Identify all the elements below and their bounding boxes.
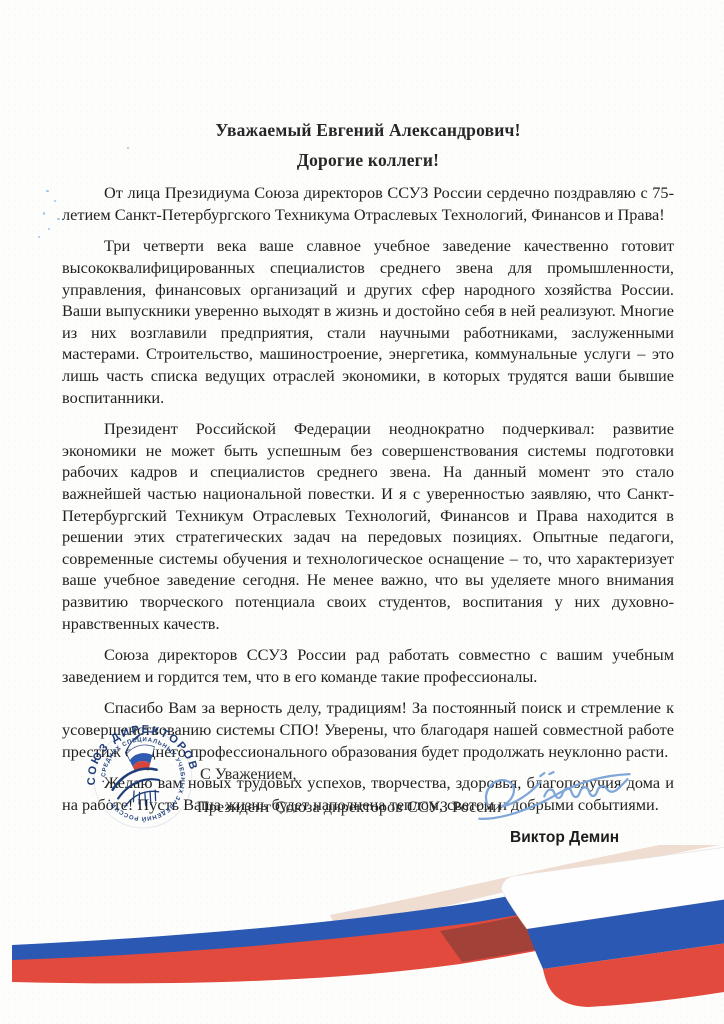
paragraph-president: Президент Российской Федерации неоднокра… [62,418,674,634]
closing-regards: С Уважением, [200,764,297,784]
letter-page: Уважаемый Евгений Александрович! Дорогие… [0,0,724,1024]
signature-image [473,766,641,832]
salutation-recipient: Уважаемый Евгений Александрович! [62,120,674,140]
paragraph-union: Союза директоров ССУЗ России рад работат… [62,644,674,687]
ink-speck [38,236,40,238]
ink-speck [54,200,56,202]
union-directors-stamp-icon: СОЮЗ ДИРЕКТОРОВ • СРЕДНИХ СПЕЦИАЛЬНЫХ УЧ… [82,716,204,838]
paragraph-congratulation: От лица Президиума Союза директоров ССУЗ… [62,182,674,225]
closing-title: Президент Союза директоров ССУЗ России [197,797,501,817]
salutation-colleagues: Дорогие коллеги! [62,150,674,170]
ink-speck [43,212,45,215]
flag-ribbon-image [0,845,724,1024]
ink-speck [46,190,49,192]
ink-speck [48,228,50,230]
ink-speck [57,218,60,220]
paragraph-history: Три четверти века ваше славное учебное з… [62,235,674,408]
